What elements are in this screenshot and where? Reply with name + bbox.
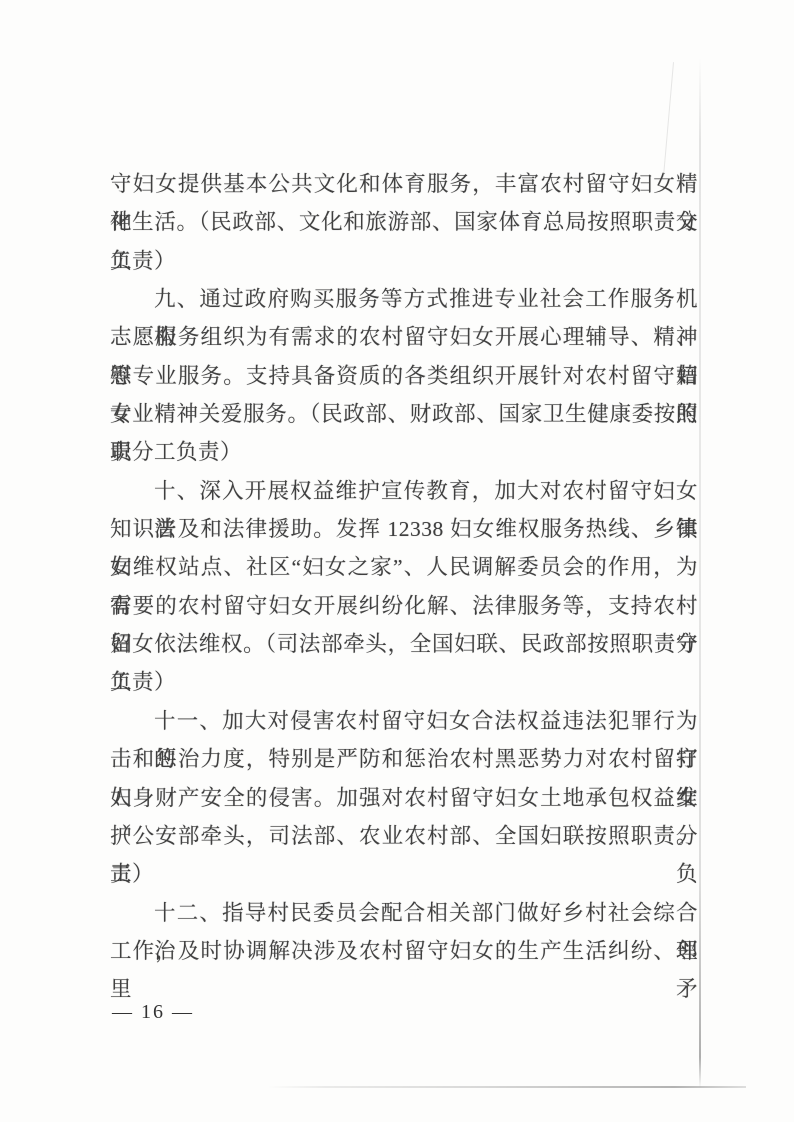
text-line: 九、通过政府购买服务等方式推进专业社会工作服务机构、 (110, 280, 698, 318)
text-line: 知识普及和法律援助。发挥 12338 妇女维权服务热线、乡镇妇 (110, 510, 698, 548)
scan-edge-vertical-artifact (699, 58, 701, 1088)
text-line: 专业精神关爱服务。（民政部、财政部、国家卫生健康委按照职 (110, 395, 698, 433)
scanned-document-page: 守妇女提供基本公共文化和体育服务，丰富农村留守妇女精神文化生活。（民政部、文化和… (0, 0, 794, 1122)
text-line: 十、深入开展权益维护宣传教育，加大对农村留守妇女法律 (110, 472, 698, 510)
text-line: 负责） (110, 663, 698, 701)
text-line: 化生活。（民政部、文化和旅游部、国家体育总局按照职责分工 (110, 203, 698, 241)
text-line: 责分工负责） (110, 433, 698, 471)
text-line: 人身财产安全的侵害。加强对农村留守妇女土地承包权益维护。 (110, 779, 698, 817)
text-line: 妇女依法维权。（司法部牵头，全国妇联、民政部按照职责分工 (110, 625, 698, 663)
text-line: 等专业服务。支持具备资质的各类组织开展针对农村留守妇女的 (110, 357, 698, 395)
text-line: 需要的农村留守妇女开展纠纷化解、法律服务等，支持农村留守 (110, 587, 698, 625)
text-line: （公安部牵头，司法部、农业农村部、全国妇联按照职责分工负 (110, 817, 698, 855)
text-line: 十二、指导村民委员会配合相关部门做好乡村社会综合治理 (110, 894, 698, 932)
text-line: 十一、加大对侵害农村留守妇女合法权益违法犯罪行为的打 (110, 702, 698, 740)
text-line: 工作，及时协调解决涉及农村留守妇女的生产生活纠纷、邻里矛 (110, 932, 698, 970)
text-line: 守妇女提供基本公共文化和体育服务，丰富农村留守妇女精神文 (110, 165, 698, 203)
scan-edge-bottom-artifact (268, 1086, 746, 1088)
text-line: 负责） (110, 242, 698, 280)
text-line: 击和惩治力度，特别是严防和惩治农村黑恶势力对农村留守妇女 (110, 740, 698, 778)
text-line: 女维权站点、社区“妇女之家”、人民调解委员会的作用，为有 (110, 548, 698, 586)
document-body-text: 守妇女提供基本公共文化和体育服务，丰富农村留守妇女精神文化生活。（民政部、文化和… (110, 165, 698, 970)
page-number: — 16 — (112, 997, 194, 1027)
scan-edge-top-artifact (663, 62, 675, 177)
text-line: 志愿服务组织为有需求的农村留守妇女开展心理辅导、精神慰藉 (110, 318, 698, 356)
